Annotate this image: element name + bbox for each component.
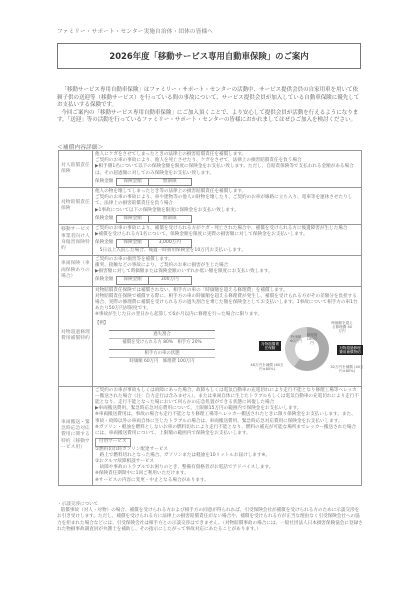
coverage-desc: 対物賠償責任保険では補償されない、相手方の車の「時価額を超える修理費」を補償しま… (93, 286, 362, 386)
desc-line: ▶損害額に対して時価額または保険金額のいずれか低い額を限度にお支払い致します。 (95, 269, 359, 275)
vehicle-state-values: 時価額 60万円 修理費 100万円 (109, 357, 215, 365)
segment-excess: 時価額を超える修理費 40万円 (331, 321, 353, 334)
fault-ratio-block: 過失割合 補償を受けられる方 80% 相手方 20% (109, 330, 215, 346)
amount-row: 保険金額 保険金額 無制限 (95, 178, 359, 186)
amount-value: 無制限 (148, 216, 191, 222)
desc-line: ご契約のお車が事故もしくは故障にあった場合、故障もしくは電気自動車の充電切れによ… (95, 388, 359, 407)
amount-value: 無制限 (148, 179, 191, 185)
amount-label: 保険金額 (95, 179, 113, 185)
amount-box: 保険金額 無制限 (116, 215, 191, 223)
coverage-row: 対物賠償責任保険 他人の物を壊してしまったとき等の法律上の損害賠償責任を補償しま… (59, 188, 362, 225)
amount-label: 保険金額 (95, 216, 113, 222)
caption-left: 48万円を補償 (60万円×80%) (249, 363, 285, 371)
vehicle-state-block: 相手方の車の状態 時価額 60万円 修理費 100万円 (109, 349, 215, 365)
box-property-liability: 対物賠償責任保険 (259, 341, 281, 352)
coverage-row: 車両搬送・緊急時応急対応費用に関する特約（移動サービス用） ご契約のお車が事故も… (59, 386, 362, 485)
coverage-label: 対人賠償責任保険 (59, 151, 93, 188)
amount-value: 3,000万円 (148, 240, 191, 246)
settlement-notes: ・示談交渉について 賠償事故（対人・対物）の場合、補償を受けられる方および相手方… (57, 502, 363, 533)
coverage-desc: 他人の物を壊してしまったとき等の法律上の損害賠償責任を補償します。 ご契約のお車… (93, 188, 362, 225)
intro-paragraph: 今回ご案内の「移動サービス専用自動車保険」にご加入頂くことで、より安心して提供会… (57, 110, 363, 125)
amount-box: 保険金額 3,000万円 (116, 239, 191, 247)
coverage-desc: 他人にケガをさせてしまったときの法律上の損害賠償責任を補償します。 ご契約のお車… (93, 151, 362, 188)
amount-head: 保険金額 (117, 277, 147, 283)
example-tag: 【例】 (95, 321, 108, 327)
coverage-desc: ご契約のお車の損害等を補償します。 衝突、接触などの事故により、ご契約のお車に損… (93, 255, 362, 286)
coverage-row: 移動サービス事業者向け人身傷害保険特約 ご契約のお車の事故により、補償を受けられ… (59, 225, 362, 256)
caption-right: 32万円を補償 (40万円×80%) (329, 365, 365, 373)
coverage-table: 対人賠償責任保険 他人にケガをさせてしまったときの法律上の損害賠償責任を補償しま… (58, 150, 362, 486)
segment-market-value: 時価額 60万円 (289, 335, 303, 343)
coverage-row: 車両保険（車両保険ありの場合） ご契約のお車の損害等を補償します。 衝突、接触な… (59, 255, 362, 286)
amount-box: 保険金額 無制限 (116, 178, 191, 186)
amount-row: 保険金額 保険金額 300万円 (95, 276, 359, 284)
coverage-label: 対物超過修理費用補償特約 (59, 286, 93, 386)
amount-label: 保険金額 (95, 277, 113, 283)
desc-line: ▶相手側1名について以下の保険金額を限度に保険金をお支払い致します。ただし、自賠… (95, 164, 359, 176)
coverage-diagram: 時価額 60万円 修理費 100万円 時価額を超える修理費 40万円 対物賠償責… (245, 321, 365, 385)
desc-line: ▶1事故について以下の保険金額を限度に保険金をお支払い致します。 (95, 208, 359, 214)
document-title-box: 2026年度「移動サービス専用自動車保険」のご案内 (57, 43, 361, 69)
example-text: 【例】 過失割合 補償を受けられる方 80% 相手方 20% 相手方の車の状態 … (95, 321, 215, 385)
coverage-label: 対物賠償責任保険 (59, 188, 93, 225)
desc-line: ▶補償を受けられる方1名について、保険金額を限度に実際の損害額に対して保険金をお… (95, 232, 359, 238)
coverage-row: 対人賠償責任保険 他人にケガをさせてしまったときの法律上の損害賠償責任を補償しま… (59, 151, 362, 188)
amount-head: 保険金額 (117, 179, 147, 185)
amount-head: 保険金額 (117, 240, 147, 246)
footnote: 5日以上入院した場合、後遺一時費用保険金を10万円お支払いします。 (95, 248, 359, 254)
box-excess-repair: 対物超過修理費用補償特約 (337, 345, 363, 356)
coverage-desc: ご契約のお車が事故もしくは故障にあった場合、故障もしくは電気自動車の充電切れによ… (93, 386, 362, 485)
coverage-label: 移動サービス事業者向け人身傷害保険特約 (59, 225, 93, 256)
notes-body: 賠償事故（対人・対物）の場合、補償を受けられる方および相手方の同意が得られれば、… (57, 508, 363, 533)
coverage-label: 車両保険（車両保険ありの場合） (59, 255, 93, 286)
desc-line: ※ガソリン・軽油を燃料としないお車の燃料切れにより走行不能となり、燃料の補充が可… (95, 425, 359, 437)
intro-paragraph: 「移動サービス専用自動車保険」はファミリー・サポート・センターの活動中、サービス… (57, 87, 363, 110)
coverage-desc: ご契約のお車の事故により、補償を受けられる方がケガ・死亡された場合や、補償を受け… (93, 225, 362, 256)
amount-head: 保険金額 (117, 216, 147, 222)
amount-row: 保険金額 保険金額 無制限 (95, 215, 359, 223)
coverage-label: 車両搬送・緊急時応急対応費用に関する特約（移動サービス用） (59, 386, 93, 485)
amount-box: 保険金額 300万円 (116, 276, 191, 284)
amount-value: 300万円 (148, 277, 191, 283)
extra-service-note: ※サービスの内容に変更・中止となる場合があります。 (95, 478, 359, 484)
desc-line: ※事故が生じた日の翌日から起算して6か月以内に修理を行った場合に限ります。 (95, 312, 359, 318)
document-title: 2026年度「移動サービス専用自動車保険」のご案内 (109, 50, 308, 62)
amount-row: 保険金額 保険金額 3,000万円 (95, 239, 359, 247)
segment-repair-cost: 修理費 100万円 (305, 333, 319, 346)
desc-line: ※車両搬送費用は、事故の場合も走行不能となり修理工場等へレッカー搬送されたときに… (95, 412, 359, 424)
coverage-row: 対物超過修理費用補償特約 対物賠償責任保険では補償されない、相手方の車の「時価額… (59, 286, 362, 386)
desc-line: ご契約のお車の事故により、車や建物等の他人の財物を壊したり、ご契約のお車が線路に… (95, 195, 359, 207)
fault-ratio-values: 補償を受けられる方 80% 相手方 20% (109, 338, 215, 346)
intro-section: 「移動サービス専用自動車保険」はファミリー・サポート・センターの活動中、サービス… (57, 87, 363, 125)
extra-service-head: 付帯サービス (95, 438, 131, 446)
example-block: 【例】 過失割合 補償を受けられる方 80% 相手方 20% 相手方の車の状態 … (95, 321, 359, 385)
addressee-line: ファミリー・サポート・センター実施自治体・団体の皆様へ (57, 27, 213, 35)
desc-line: 対物賠償責任保険で補償する際に、相手方の車の時価額を超える修理費が発生し、補償を… (95, 294, 359, 313)
amount-label: 保険金額 (95, 240, 113, 246)
